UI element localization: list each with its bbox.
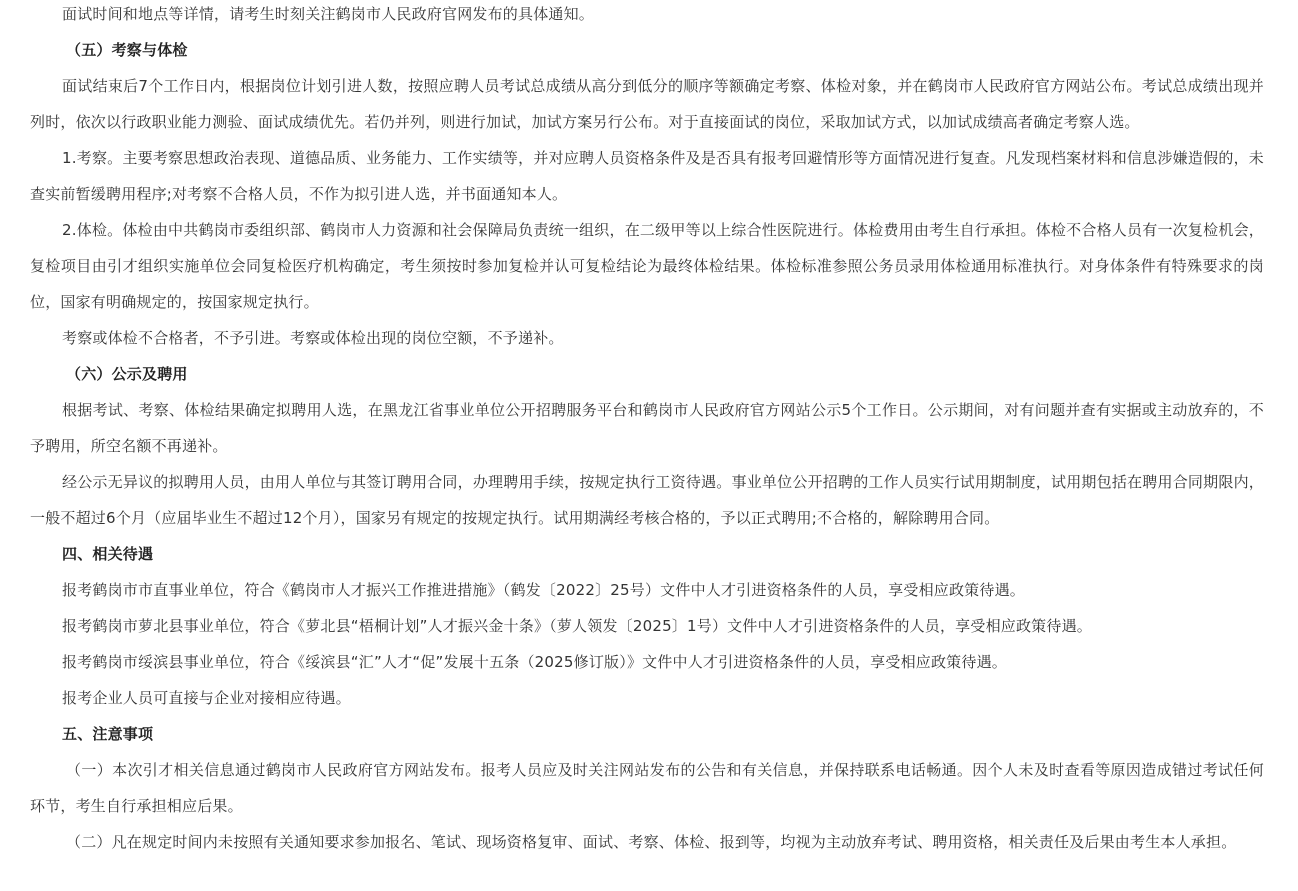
- heading-related-benefits: 四、相关待遇: [30, 536, 1264, 572]
- subheading-inspection-physical-exam: （五）考察与体检: [30, 32, 1264, 68]
- paragraph-physical-exam: 2.体检。体检由中共鹤岗市委组织部、鹤岗市人力资源和社会保障局负责统一组织，在二…: [30, 212, 1264, 320]
- paragraph-benefit-city: 报考鹤岗市市直事业单位，符合《鹤岗市人才振兴工作推进措施》（鹤发〔2022〕25…: [30, 572, 1264, 608]
- article-body: 面试时间和地点等详情，请考生时刻关注鹤岗市人民政府官网发布的具体通知。 （五）考…: [30, 0, 1264, 860]
- paragraph-inspection: 1.考察。主要考察思想政治表现、道德品质、业务能力、工作实绩等，并对应聘人员资格…: [30, 140, 1264, 212]
- paragraph-note-2: （二）凡在规定时间内未按照有关通知要求参加报名、笔试、现场资格复审、面试、考察、…: [30, 824, 1264, 860]
- paragraph-benefit-enterprise: 报考企业人员可直接与企业对接相应待遇。: [30, 680, 1264, 716]
- paragraph-benefit-luobei: 报考鹤岗市萝北县事业单位，符合《萝北县“梧桐计划”人才振兴金十条》（萝人领发〔2…: [30, 608, 1264, 644]
- paragraph-interview-notice: 面试时间和地点等详情，请考生时刻关注鹤岗市人民政府官网发布的具体通知。: [30, 0, 1264, 32]
- paragraph-disqualification: 考察或体检不合格者，不予引进。考察或体检出现的岗位空额，不予递补。: [30, 320, 1264, 356]
- paragraph-contract-probation: 经公示无异议的拟聘用人员，由用人单位与其签订聘用合同，办理聘用手续，按规定执行工…: [30, 464, 1264, 536]
- paragraph-note-1: （一）本次引才相关信息通过鹤岗市人民政府官方网站发布。报考人员应及时关注网站发布…: [30, 752, 1264, 824]
- paragraph-publicity: 根据考试、考察、体检结果确定拟聘用人选，在黑龙江省事业单位公开招聘服务平台和鹤岗…: [30, 392, 1264, 464]
- paragraph-benefit-suibin: 报考鹤岗市绥滨县事业单位，符合《绥滨县“汇”人才“促”发展十五条（2025修订版…: [30, 644, 1264, 680]
- paragraph-inspection-selection: 面试结束后7个工作日内，根据岗位计划引进人数，按照应聘人员考试总成绩从高分到低分…: [30, 68, 1264, 140]
- heading-notes: 五、注意事项: [30, 716, 1264, 752]
- subheading-publicity-employment: （六）公示及聘用: [30, 356, 1264, 392]
